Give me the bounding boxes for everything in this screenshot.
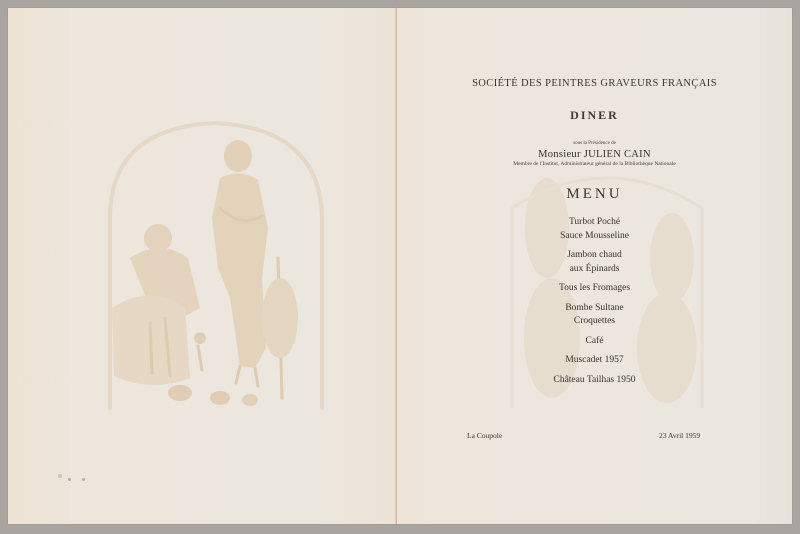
left-page	[8, 8, 396, 524]
dish-line: Café	[397, 335, 792, 349]
presidency-intro: sous la Présidence de	[397, 141, 792, 146]
right-page: SOCIÉTÉ DES PEINTRES GRAVEURS FRANÇAIS D…	[397, 8, 792, 524]
dish-line: Muscadet 1957	[397, 354, 792, 368]
course-item: Tous les Fromages	[397, 282, 792, 296]
sepia-illustration	[90, 108, 340, 418]
society-name: SOCIÉTÉ DES PEINTRES GRAVEURS FRANÇAIS	[397, 78, 792, 89]
event-date: 23 Avril 1959	[659, 431, 700, 440]
menu-spread: SOCIÉTÉ DES PEINTRES GRAVEURS FRANÇAIS D…	[8, 8, 792, 524]
paper-stain	[82, 478, 85, 481]
dish-line: Jambon chaud	[397, 249, 792, 263]
course-item: Bombe Sultane Croquettes	[397, 302, 792, 329]
course-list: Turbot Poché Sauce Mousseline Jambon cha…	[397, 216, 792, 393]
dish-line: Château Tailhas 1950	[397, 374, 792, 388]
menu-text: SOCIÉTÉ DES PEINTRES GRAVEURS FRANÇAIS D…	[397, 8, 792, 524]
dish-line: Croquettes	[397, 315, 792, 329]
dish-line: Turbot Poché	[397, 216, 792, 230]
course-item: Jambon chaud aux Épinards	[397, 249, 792, 276]
paper-spot	[58, 474, 62, 478]
course-item: Café	[397, 335, 792, 349]
dish-line: aux Épinards	[397, 263, 792, 277]
dish-line: Sauce Mousseline	[397, 230, 792, 244]
course-item: Château Tailhas 1950	[397, 374, 792, 388]
menu-heading: MENU	[397, 186, 792, 203]
event-title: DINER	[397, 108, 792, 123]
venue: La Coupole	[467, 431, 502, 440]
dish-line: Bombe Sultane	[397, 302, 792, 316]
president-name: Monsieur JULIEN CAIN	[397, 149, 792, 160]
course-item: Muscadet 1957	[397, 354, 792, 368]
course-item: Turbot Poché Sauce Mousseline	[397, 216, 792, 243]
paper-stain	[68, 478, 71, 481]
dish-line: Tous les Fromages	[397, 282, 792, 296]
president-title: Membre de l'Institut, Administrateur gén…	[397, 161, 792, 167]
